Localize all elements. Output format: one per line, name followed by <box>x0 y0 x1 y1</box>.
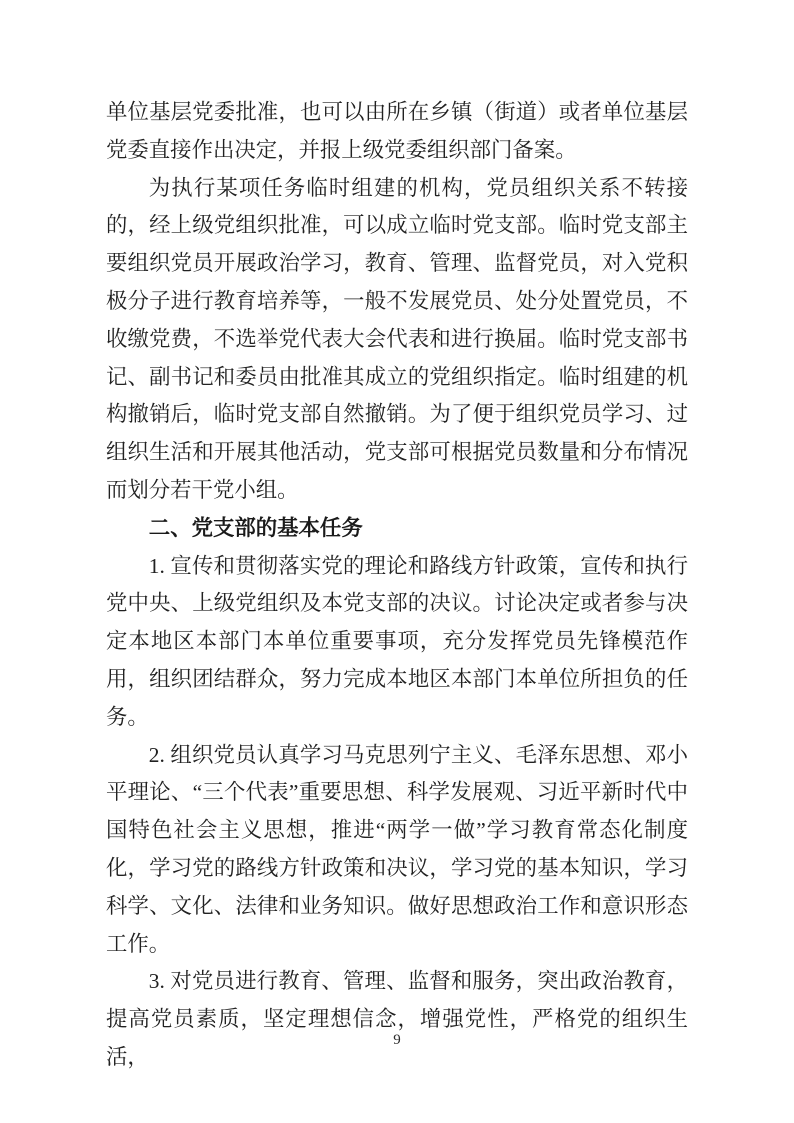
paragraph-task-1: 1. 宣传和贯彻落实党的理论和路线方针政策，宣传和执行党中央、上级党组织及本党支… <box>106 548 688 737</box>
document-page: 单位基层党委批准，也可以由所在乡镇（街道）或者单位基层党委直接作出决定，并报上级… <box>0 0 794 1123</box>
paragraph-task-2: 2. 组织党员认真学习马克思列宁主义、毛泽东思想、邓小平理论、“三个代表”重要思… <box>106 737 688 964</box>
section-heading-basic-tasks: 二、党支部的基本任务 <box>106 510 688 548</box>
paragraph-task-3: 3. 对党员进行教育、管理、监督和服务，突出政治教育，提高党员素质，坚定理想信念… <box>106 963 688 1076</box>
paragraph-continuation: 单位基层党委批准，也可以由所在乡镇（街道）或者单位基层党委直接作出决定，并报上级… <box>106 94 688 170</box>
document-content: 单位基层党委批准，也可以由所在乡镇（街道）或者单位基层党委直接作出决定，并报上级… <box>106 94 688 1077</box>
page-footer: 9 <box>0 1031 794 1049</box>
paragraph-temporary-branch: 为执行某项任务临时组建的机构，党员组织关系不转接的，经上级党组织批准，可以成立临… <box>106 170 688 510</box>
page-number: 9 <box>393 1032 401 1048</box>
